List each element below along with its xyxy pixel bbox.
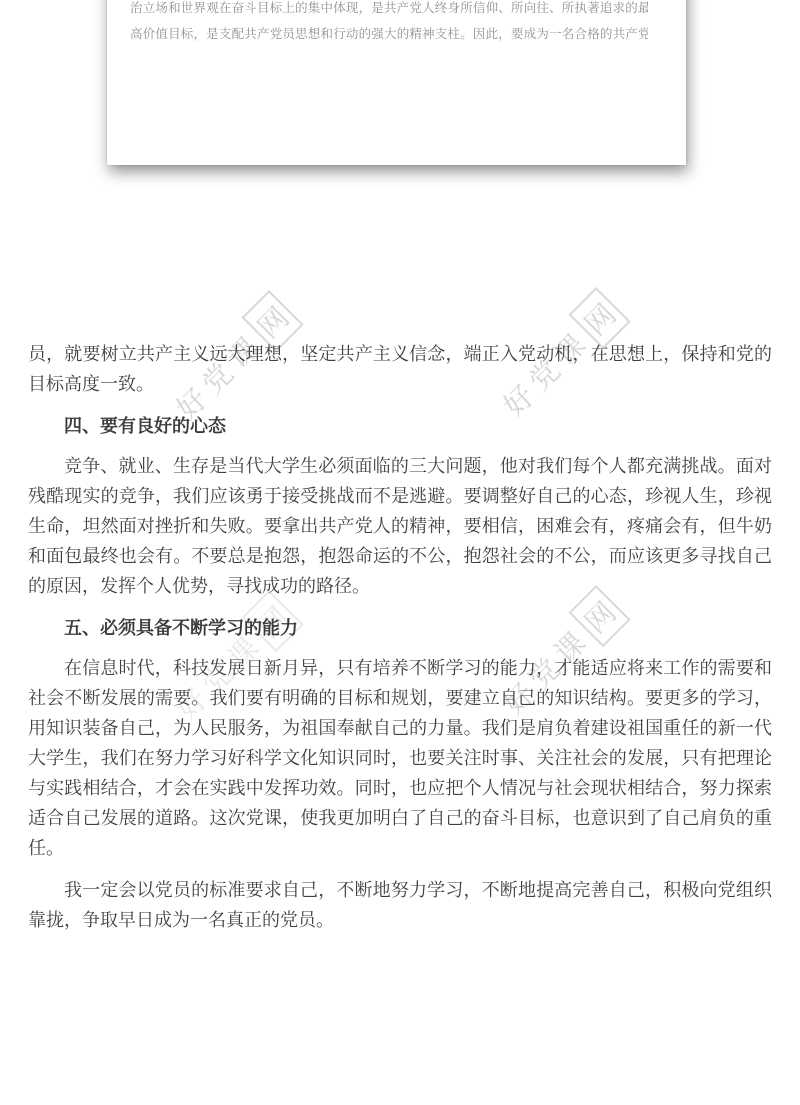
preview-line: 高价值目标，是支配共产党员思想和行动的强大的精神支柱。因此，要成为一名合格的共产… bbox=[130, 21, 648, 47]
continuation-paragraph: 员，就要树立共产主义远大理想，坚定共产主义信念，端正入党动机，在思想上，保持和党… bbox=[28, 339, 772, 399]
body-paragraph: 竞争、就业、生存是当代大学生必须面临的三大问题，他对我们每个人都充满挑战。面对残… bbox=[28, 451, 772, 601]
page-preview-card: 治立场和世界观在奋斗目标上的集中体现，是共产党人终身所信仰、所向往、所执著追求的… bbox=[107, 0, 686, 165]
section-heading: 五、必须具备不断学习的能力 bbox=[28, 613, 772, 643]
section-heading: 四、要有良好的心态 bbox=[28, 411, 772, 441]
preview-line: 治立场和世界观在奋斗目标上的集中体现，是共产党人终身所信仰、所向往、所执著追求的… bbox=[130, 0, 648, 21]
body-paragraph: 我一定会以党员的标准要求自己，不断地努力学习，不断地提高完善自己，积极向党组织靠… bbox=[28, 875, 772, 935]
document-body: 员，就要树立共产主义远大理想，坚定共产主义信念，端正入党动机，在思想上，保持和党… bbox=[28, 339, 772, 947]
body-paragraph: 在信息时代，科技发展日新月异，只有培养不断学习的能力，才能适应将来工作的需要和社… bbox=[28, 653, 772, 863]
